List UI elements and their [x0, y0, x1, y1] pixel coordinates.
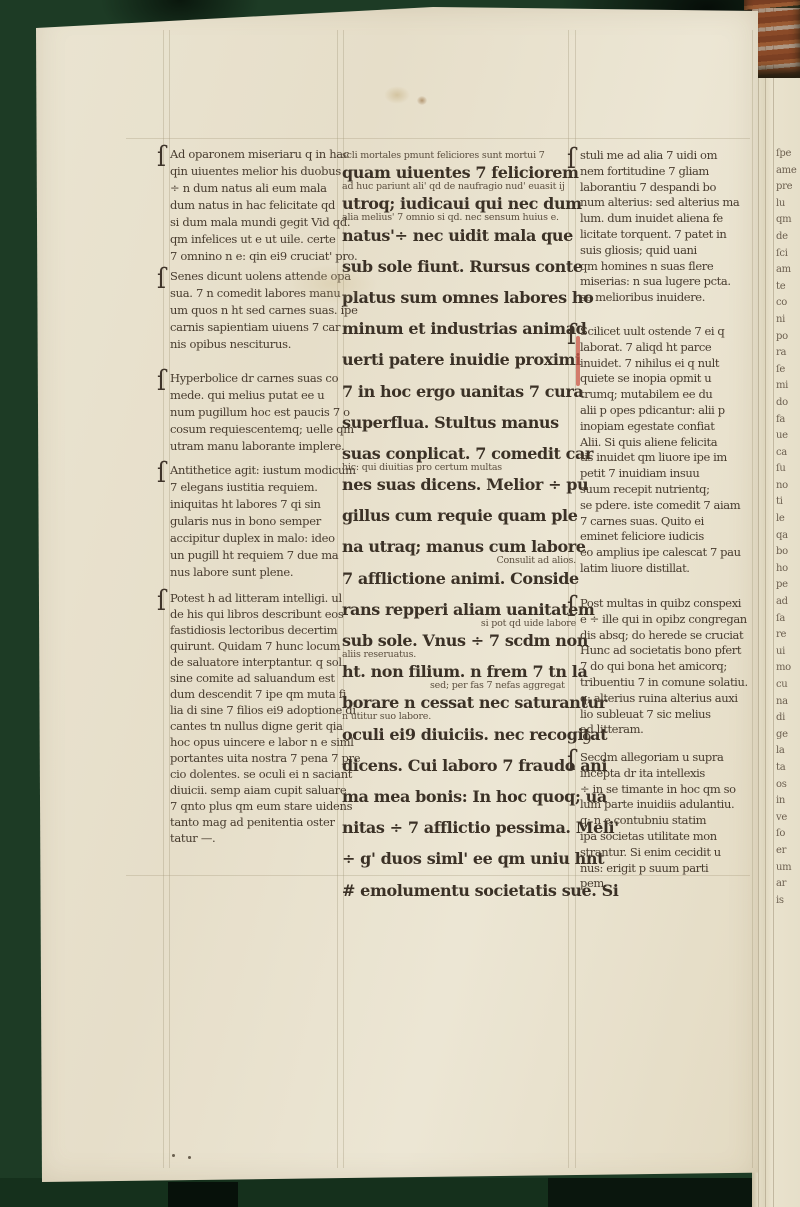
main-text-line: minum et industrias animad	[342, 308, 578, 339]
right-gloss-block-1: ſ stuli me ad alia 7 uidi omnem fortitud…	[580, 148, 766, 306]
gloss-line: sine comite ad saluandum est	[170, 670, 346, 686]
gloss-line: 7 elegans iustitia requiem.	[170, 479, 346, 496]
text-fragment: qm	[776, 214, 800, 231]
text-fragment: ar	[776, 878, 800, 895]
gloss-line: se pdere. iste comedit 7 aiam	[580, 498, 766, 514]
gloss-line: ad litteram.	[580, 722, 766, 738]
text-fragment: is	[776, 895, 800, 912]
main-text-line: aliis reseruatus.ht. non filium. n frem …	[342, 651, 578, 682]
main-text-line: scli mortales pmunt feliciores sunt mort…	[342, 152, 578, 183]
text-fragment: um	[776, 862, 800, 879]
red-rubric-stroke	[576, 336, 580, 386]
gloss-line: gularis nus in bono semper	[170, 513, 346, 530]
text-fragment: ad	[776, 596, 800, 613]
next-leaf-text-fragments: ſpeamepreluqmdeſciamteconiporaſemidofaue…	[776, 148, 800, 911]
text-fragment: do	[776, 397, 800, 414]
gloss-line: laborat. 7 aliqd ht parce	[580, 340, 766, 356]
gloss-line: carnis sapientiam uiuens 7 car	[170, 319, 346, 336]
main-text: 7 afflictione animi. Conside	[342, 569, 579, 588]
gloss-line: dum descendit 7 ipe qm muta fi	[170, 686, 346, 702]
gloss-line: lum. dum inuidet aliena fe	[580, 211, 766, 227]
manuscript-page: ſ Ad oparonem miseriaru q in hacqin uiue…	[36, 6, 758, 1182]
main-text-line: uerti patere inuidie proximi	[342, 339, 578, 370]
gloss-line: se melioribus inuidere.	[580, 290, 766, 306]
text-fragment: bo	[776, 546, 800, 563]
gloss-line: qin uiuentes melior his duobus	[170, 163, 346, 180]
text-fragment: lu	[776, 198, 800, 215]
text-fragment: ti	[776, 496, 800, 513]
gloss-line: um quos n ht sed carnes suas. ipe	[170, 302, 346, 319]
gloss-line: incepta dr ita intellexis	[580, 766, 766, 782]
gloss-line: tatur —.	[170, 830, 346, 846]
gloss-line: fastidiosis lectoribus decertim	[170, 622, 346, 638]
right-gloss-block-2: ſ Scilicet uult ostende 7 ei qlaborat. 7…	[580, 324, 766, 577]
gloss-line: alii p opes pdicantur: alii p	[580, 403, 766, 419]
page-edge-line	[773, 8, 774, 1207]
page-edge-line	[758, 8, 759, 1207]
gloss-line: tis inuidet qm liuore ipe im	[580, 450, 766, 466]
gloss-line: Potest h ad litteram intelligi. ul	[170, 590, 346, 606]
book-foredge-pages: ſpeamepreluqmdeſciamteconiporaſemidofaue…	[752, 8, 800, 1207]
text-fragment: ho	[776, 563, 800, 580]
paraph-mark-icon: ſ	[567, 591, 576, 623]
main-text: utroq; iudicaui qui nec dum	[342, 194, 582, 213]
ink-dot	[172, 1154, 175, 1157]
main-text: suas conplicat. 7 comedit car	[342, 444, 593, 463]
gloss-line: ÷ in se timante in hoc qm so	[580, 782, 766, 798]
manuscript-photo: { "marks": { "paraph": "ſ", "con_sign": …	[0, 0, 800, 1207]
main-text: borare n cessat nec saturantur	[342, 693, 607, 712]
main-text: sub sole. Vnus ÷ 7 scdm non	[342, 631, 588, 650]
text-fragment: ca	[776, 447, 800, 464]
main-text-line: hic: qui diuitias pro certum multasnes s…	[342, 464, 578, 495]
gloss-line: licitate torquent. 7 patet in	[580, 227, 766, 243]
page-edge-line	[765, 8, 766, 1207]
gloss-line: cio dolentes. se oculi ei n saciant	[170, 766, 346, 782]
paraph-mark-icon: ſ	[157, 585, 166, 617]
main-text-line: ma mea bonis: In hoc quoq; ua	[342, 776, 578, 807]
main-text: platus sum omnes labores ho	[342, 288, 593, 307]
text-fragment: qa	[776, 530, 800, 547]
main-text: minum et industrias animad	[342, 319, 586, 338]
gloss-line: cantes tn nullus digne gerit qia	[170, 718, 346, 734]
parchment-stain	[417, 96, 427, 105]
gloss-line: dis absq; do herede se cruciat	[580, 628, 766, 644]
main-text: na utraq; manus cum labore	[342, 537, 586, 556]
gloss-line: 7 omnino n e: qin ei9 cruciat' pro.	[170, 248, 346, 265]
gloss-line: Hyperbolice dr carnes suas co	[170, 370, 346, 387]
gloss-line: accipitur duplex in malo: ideo	[170, 530, 346, 547]
gloss-line: eminet feliciore iudicis	[580, 529, 766, 545]
ruling-line-horizontal	[126, 138, 750, 139]
gloss-line: Post multas in quibz conspexi	[580, 596, 766, 612]
main-text-line: dicens. Cui laboro 7 fraudo ani	[342, 745, 578, 776]
text-fragment: ui	[776, 646, 800, 663]
gloss-line: e ÷ ille qui in opibz congregan	[580, 612, 766, 628]
text-fragment: am	[776, 264, 800, 281]
text-fragment: os	[776, 779, 800, 796]
interlinear-gloss: ad huc pariunt ali' qd de naufragio nud'…	[342, 181, 565, 192]
gloss-line: quirunt. Quidam 7 hunc locum	[170, 638, 346, 654]
text-fragment: mi	[776, 380, 800, 397]
interlinear-gloss: si pot qd uide labore	[481, 618, 576, 629]
gloss-line: dum natus in hac felicitate qd	[170, 197, 346, 214]
gloss-line: trumq; mutabilem ee du	[580, 387, 766, 403]
main-text: sub sole fiunt. Rursus conte	[342, 257, 583, 276]
gloss-line: tribuentiu 7 in comune solatiu.	[580, 675, 766, 691]
right-gloss-block-4: ſ Secdm allegoriam u supraincepta dr ita…	[580, 750, 766, 892]
main-text-line: n utitur suo labore.oculi ei9 diuiciis. …	[342, 713, 578, 744]
text-fragment: re	[776, 629, 800, 646]
main-text-line: na utraq; manus cum labore	[342, 526, 578, 557]
gloss-line: num pugillum hoc est paucis 7 o	[170, 404, 346, 421]
main-text-column: scli mortales pmunt feliciores sunt mort…	[342, 152, 578, 901]
gloss-line: petit 7 inuidiam insuu	[580, 466, 766, 482]
text-fragment: ſci	[776, 248, 800, 265]
text-fragment: po	[776, 331, 800, 348]
text-fragment: no	[776, 480, 800, 497]
parchment-stain	[384, 86, 410, 104]
gloss-line: q; alterius ruina alterius auxi	[580, 691, 766, 707]
gloss-line: portantes uita nostra 7 pena 7 pre	[170, 750, 346, 766]
text-fragment: mo	[776, 662, 800, 679]
gloss-line: qm infelices ut e ut uile. certe	[170, 231, 346, 248]
gloss-line: quiete se inopia opmit u	[580, 371, 766, 387]
main-text-line: # emolumentu societatis sue. Si	[342, 869, 578, 900]
text-fragment: in	[776, 795, 800, 812]
gloss-line: mede. qui melius putat ee u	[170, 387, 346, 404]
gloss-line: suis gliosis; quid uani	[580, 243, 766, 259]
paraph-mark-icon: ſ	[567, 745, 576, 777]
text-fragment: ſo	[776, 828, 800, 845]
main-text: uerti patere inuidie proximi	[342, 350, 581, 369]
interlinear-gloss: hic: qui diuitias pro certum multas	[342, 462, 502, 473]
parchment-stain	[288, 264, 378, 304]
main-text-line: 7 in hoc ergo uanitas 7 cura	[342, 370, 578, 401]
gloss-line: pem.	[580, 876, 766, 892]
gloss-line: nis opibus nesciturus.	[170, 336, 346, 353]
gloss-line: iniquitas ht labores 7 qi sin	[170, 496, 346, 513]
main-text: ht. non filium. n frem 7 tn la	[342, 662, 587, 681]
gloss-line: eo amplius ipe calescat 7 pau	[580, 545, 766, 561]
gloss-line: lum parte inuidiis adulantiu.	[580, 797, 766, 813]
paraph-mark-icon: ſ	[157, 141, 166, 173]
text-fragment: ni	[776, 314, 800, 331]
text-fragment: ſa	[776, 613, 800, 630]
text-fragment: er	[776, 845, 800, 862]
text-fragment: ſu	[776, 463, 800, 480]
main-text: ma mea bonis: In hoc quoq; ua	[342, 787, 607, 806]
gloss-line: de his qui libros describunt eos	[170, 606, 346, 622]
gloss-line: 7 do qui bona het amicorq;	[580, 659, 766, 675]
gloss-line: num alterius: sed alterius ma	[580, 195, 766, 211]
gloss-line: miserias: n sua lugere pcta.	[580, 274, 766, 290]
interlinear-gloss: alia melius' 7 omnio si qd. nec sensum h…	[342, 212, 559, 223]
main-text: quam uiuentes 7 feliciorem	[342, 163, 579, 182]
main-text-line: nitas ÷ 7 afflictio pessima. Meli'	[342, 807, 578, 838]
con-abbreviation-mark: 9	[582, 730, 592, 748]
text-fragment: di	[776, 712, 800, 729]
right-gloss-block-3: ſ Post multas in quibz conspexie ÷ ille …	[580, 596, 766, 738]
interlinear-gloss: scli mortales pmunt feliciores sunt mort…	[342, 150, 545, 161]
main-text: superflua. Stultus manus	[342, 413, 559, 432]
gloss-line: nus labore sunt plene.	[170, 564, 346, 581]
main-text-line: gillus cum requie quam ple	[342, 495, 578, 526]
main-text-line: suas conplicat. 7 comedit car	[342, 433, 578, 464]
interlinear-gloss: sed; per fas 7 nefas aggregat	[430, 680, 565, 691]
gloss-line: un pugill ht requiem 7 due ma	[170, 547, 346, 564]
gloss-line: ipa societas utilitate mon	[580, 829, 766, 845]
text-fragment: ve	[776, 812, 800, 829]
gloss-line: Hunc ad societatis bono pfert	[580, 643, 766, 659]
gloss-line: inopiam egestate confiat	[580, 419, 766, 435]
gloss-line: laborantiu 7 despandi bo	[580, 180, 766, 196]
ink-dot	[188, 1156, 191, 1159]
text-fragment: co	[776, 297, 800, 314]
paraph-mark-icon: ſ	[157, 263, 166, 295]
main-text: rans repperi aliam uanitatem	[342, 600, 594, 619]
main-text-line: Consulit ad alios.7 afflictione animi. C…	[342, 557, 578, 588]
gloss-line: lia di sine 7 filios ei9 adoptione di	[170, 702, 346, 718]
text-fragment: cu	[776, 679, 800, 696]
paraph-mark-icon: ſ	[157, 457, 166, 489]
text-fragment: ue	[776, 430, 800, 447]
text-fragment: ſe	[776, 364, 800, 381]
gloss-line: si dum mala mundi gegit Vid qd.	[170, 214, 346, 231]
text-fragment: na	[776, 696, 800, 713]
gloss-line: lio subleuat 7 sic melius	[580, 707, 766, 723]
main-text-line: alia melius' 7 omnio si qd. nec sensum h…	[342, 214, 578, 245]
text-fragment: ra	[776, 347, 800, 364]
main-text: natus'÷ nec uidit mala que	[342, 226, 573, 245]
main-text: nitas ÷ 7 afflictio pessima. Meli'	[342, 818, 619, 837]
gloss-line: ÷ n dum natus ali eum mala	[170, 180, 346, 197]
gloss-line: Antithetice agit: iustum modicum	[170, 462, 346, 479]
main-text: oculi ei9 diuiciis. nec recogitat	[342, 725, 607, 744]
paraph-mark-icon: ſ	[567, 319, 576, 351]
text-fragment: la	[776, 745, 800, 762]
gloss-line: Scilicet uult ostende 7 ei q	[580, 324, 766, 340]
gloss-line: qm homines n suas flere	[580, 259, 766, 275]
gloss-line: nus: erigit p suum parti	[580, 861, 766, 877]
main-text-line: ÷ g' duos siml' ee qm uniu hnt	[342, 838, 578, 869]
paraph-mark-icon: ſ	[157, 365, 166, 397]
left-gloss-block-5: ſ Potest h ad litteram intelligi. ulde h…	[170, 590, 346, 846]
interlinear-gloss: Consulit ad alios.	[496, 555, 576, 566]
paraph-mark-icon: ſ	[567, 143, 576, 175]
left-gloss-block-1: ſ Ad oparonem miseriaru q in hacqin uiue…	[170, 146, 346, 265]
text-fragment: te	[776, 281, 800, 298]
gloss-line: 7 carnes suas. Quito ei	[580, 514, 766, 530]
background-dark-block	[168, 1182, 238, 1207]
main-text-line: superflua. Stultus manus	[342, 402, 578, 433]
main-text: 7 in hoc ergo uanitas 7 cura	[342, 382, 583, 401]
text-fragment: ta	[776, 762, 800, 779]
text-fragment: pre	[776, 181, 800, 198]
gloss-line: strantur. Si enim cecidit u	[580, 845, 766, 861]
gloss-line: inuidet. 7 nihilus ei q nult	[580, 356, 766, 372]
gloss-line: cosum requiescentemq; uelle qm	[170, 421, 346, 438]
text-fragment: ame	[776, 165, 800, 182]
gloss-line: tanto mag ad penitentia oster	[170, 814, 346, 830]
gloss-line: diuicii. semp aiam cupit saluare	[170, 782, 346, 798]
main-text-line: rans repperi aliam uanitatem	[342, 589, 578, 620]
text-fragment: le	[776, 513, 800, 530]
gloss-line: utram manu laborante implere.	[170, 438, 346, 455]
main-text-line: si pot qd uide laboresub sole. Vnus ÷ 7 …	[342, 620, 578, 651]
gloss-line: Ad oparonem miseriaru q in hac	[170, 146, 346, 163]
main-text: nes suas dicens. Melior ÷ pu	[342, 475, 588, 494]
gloss-line: Alii. Si quis aliene felicita	[580, 435, 766, 451]
text-fragment: pe	[776, 579, 800, 596]
main-text: ÷ g' duos siml' ee qm uniu hnt	[342, 849, 604, 868]
main-text-line: sed; per fas 7 nefas aggregatborare n ce…	[342, 682, 578, 713]
main-text-line: sub sole fiunt. Rursus conte	[342, 246, 578, 277]
gloss-line: 7 qnto plus qm eum stare uidens	[170, 798, 346, 814]
interlinear-gloss: aliis reseruatus.	[342, 649, 416, 660]
text-fragment: fa	[776, 414, 800, 431]
main-text: gillus cum requie quam ple	[342, 506, 578, 525]
left-gloss-block-3: ſ Hyperbolice dr carnes suas comede. qui…	[170, 370, 346, 455]
text-fragment: ſpe	[776, 148, 800, 165]
text-fragment: de	[776, 231, 800, 248]
main-text-line: ad huc pariunt ali' qd de naufragio nud'…	[342, 183, 578, 214]
gloss-line: latim liuore distillat.	[580, 561, 766, 577]
gloss-line: nem fortitudine 7 gliam	[580, 164, 766, 180]
gloss-line: suum recepit nutrientq;	[580, 482, 766, 498]
gloss-line: de saluatore interptantur. q sol	[170, 654, 346, 670]
gloss-line: hoc opus uincere e labor n e siml	[170, 734, 346, 750]
gloss-line: Secdm allegoriam u supra	[580, 750, 766, 766]
gloss-line: q; n e contubniu statim	[580, 813, 766, 829]
main-text: # emolumentu societatis sue. Si	[342, 881, 618, 900]
left-gloss-block-4: ſ Antithetice agit: iustum modicum7 eleg…	[170, 462, 346, 581]
interlinear-gloss: n utitur suo labore.	[342, 711, 431, 722]
gloss-line: stuli me ad alia 7 uidi om	[580, 148, 766, 164]
text-fragment: ge	[776, 729, 800, 746]
